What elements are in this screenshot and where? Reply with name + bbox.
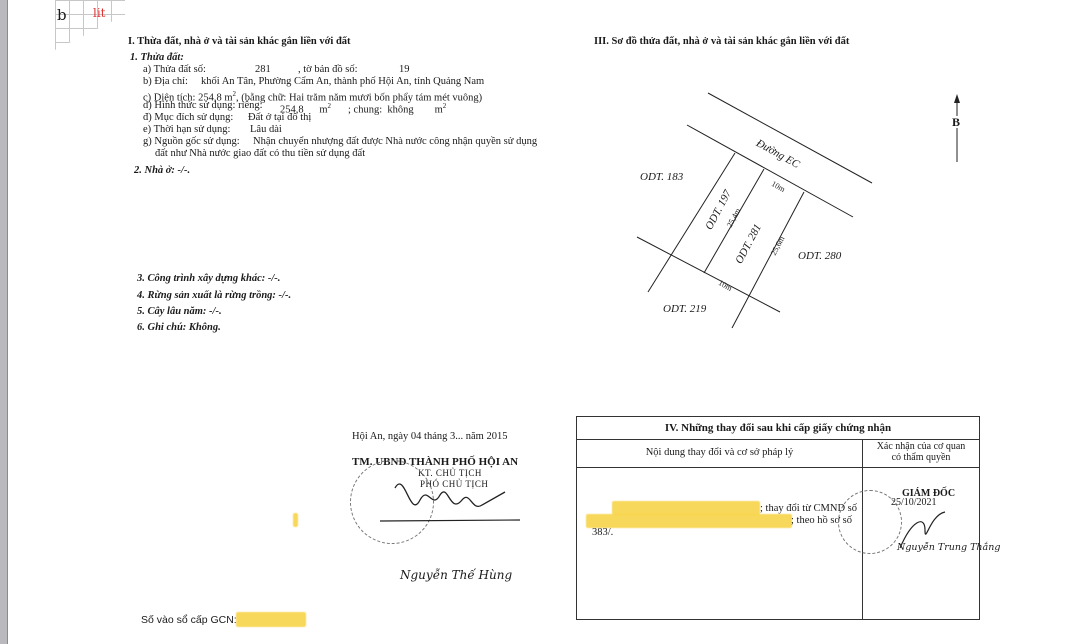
- parcel-280: ODT. 280: [798, 250, 841, 262]
- confirm-date: 25/10/2021: [891, 497, 937, 509]
- redacted-name: [612, 501, 760, 515]
- redacted-id-number: [586, 514, 792, 528]
- parcel-219: ODT. 219: [663, 303, 706, 315]
- parcel-183: ODT. 183: [640, 171, 683, 183]
- changes-col-content: Nội dung thay đổi và cơ sở pháp lý: [577, 439, 862, 467]
- changes-title: IV. Những thay đổi sau khi cấp giấy chứn…: [577, 417, 979, 440]
- changes-col-confirm: Xác nhận của cơ quancó thẩm quyền: [863, 441, 979, 467]
- north-label: B: [952, 116, 960, 128]
- change-entry-line3: 383/.: [592, 527, 613, 539]
- confirm-signer: Nguyễn Trung Thắng: [897, 542, 1000, 553]
